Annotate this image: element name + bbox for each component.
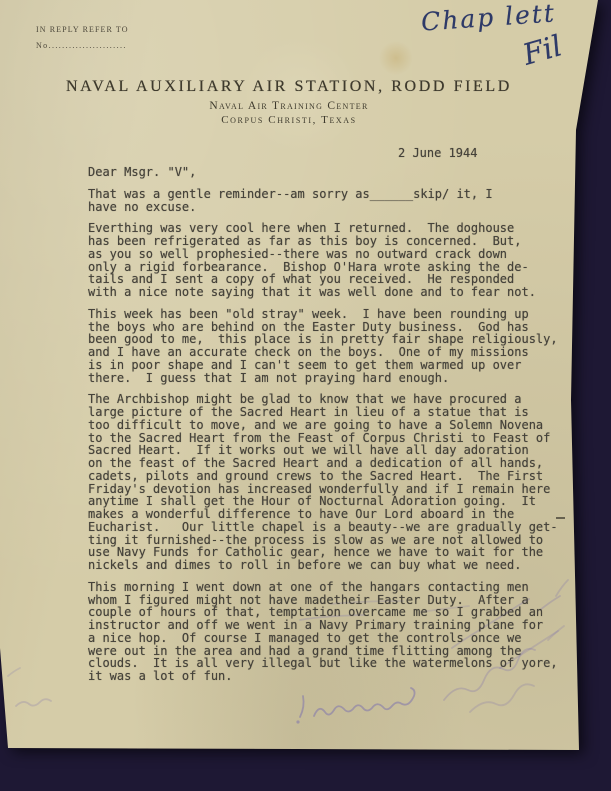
refer-label: IN REPLY REFER TO: [36, 25, 129, 34]
paragraph-3: This week has been "old stray" week. I h…: [88, 308, 566, 385]
bleed-squiggle: [314, 688, 415, 716]
letter-body: Dear Msgr. "V", That was a gentle remind…: [88, 166, 566, 692]
date-line: 2 June 1944: [398, 146, 477, 160]
refer-block: IN REPLY REFER TO No....................…: [36, 25, 129, 50]
stray-ink-dash: [556, 517, 565, 519]
paragraph-2: Everthing was very cool here when I retu…: [88, 222, 566, 299]
letterhead: NAVAL AUXILIARY AIR STATION, RODD FIELD …: [0, 78, 578, 126]
letterhead-location: Corpus Christi, Texas: [0, 114, 578, 126]
handwritten-chap-lett-annotation: Chap lett: [420, 0, 557, 37]
paragraph-1: That was a gentle reminder--am sorry as_…: [88, 188, 566, 214]
letter-page: IN REPLY REFER TO No....................…: [0, 0, 598, 752]
letterhead-station-name: NAVAL AUXILIARY AIR STATION, RODD FIELD: [0, 78, 578, 96]
scanned-letter-screenshot: { "scan": { "background_color": "#1e1834…: [0, 0, 611, 791]
salutation: Dear Msgr. "V",: [88, 166, 566, 179]
paper-sheet-wrapper: IN REPLY REFER TO No....................…: [0, 0, 598, 752]
handwritten-file-annotation: Fil: [519, 28, 566, 71]
bleed-squiggle: [8, 668, 20, 676]
bleed-squiggle: [16, 699, 51, 706]
letterhead-command-name: Naval Air Training Center: [0, 100, 578, 112]
paragraph-4: The Archbishop might be glad to know tha…: [88, 393, 566, 572]
bleed-squiggle: [300, 696, 304, 717]
bleed-dot: [296, 720, 299, 723]
refer-number-line: No.......................: [36, 41, 129, 50]
paragraph-5: This morning I went down at one of the h…: [88, 581, 566, 683]
